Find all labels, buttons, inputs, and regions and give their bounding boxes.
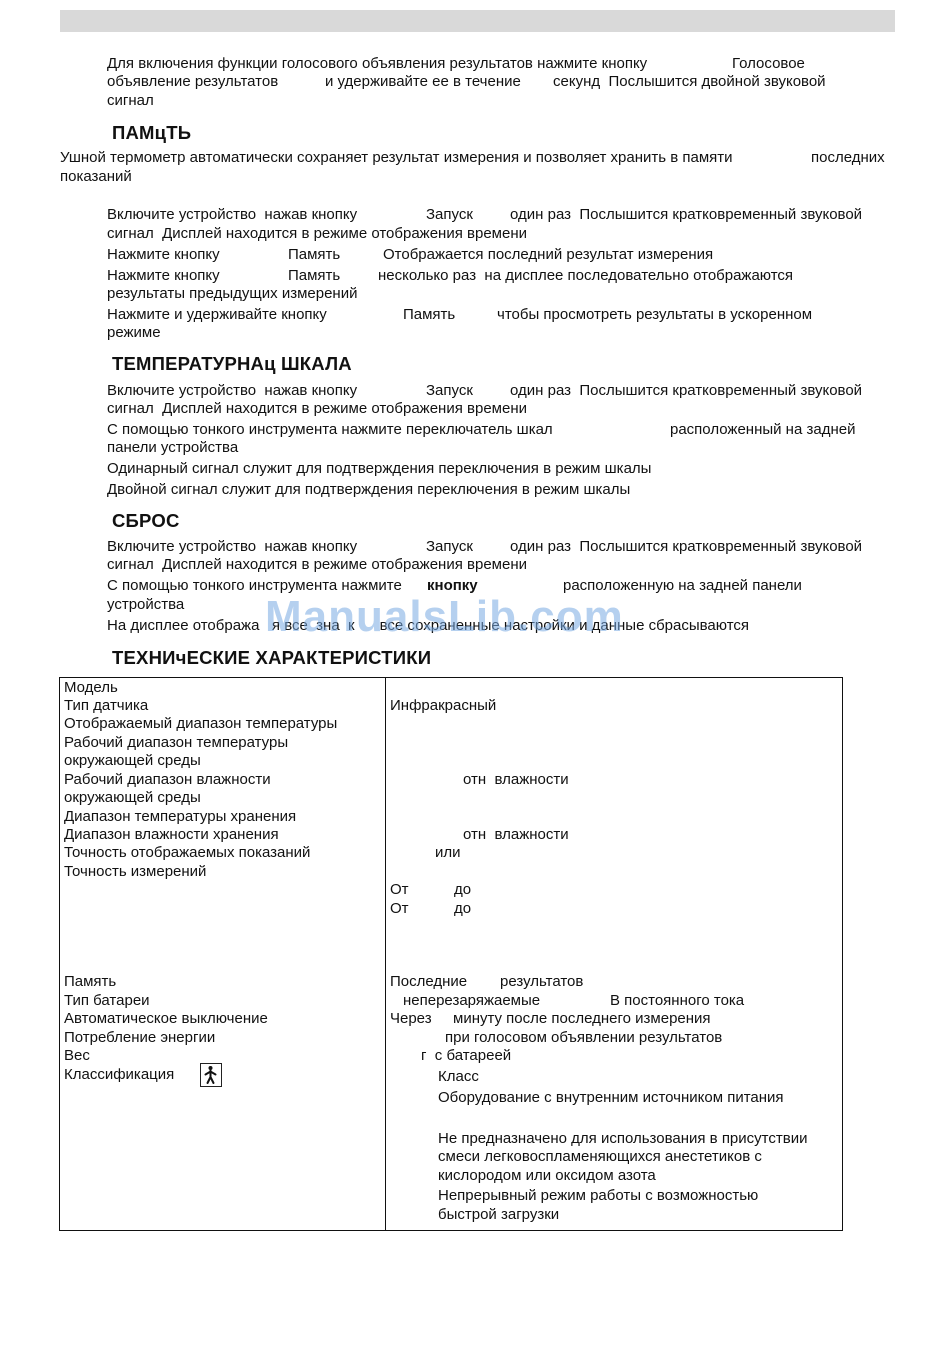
spec-value: От (390, 900, 409, 918)
section-heading-specs: ТЕХНИчЕСКИЕ ХАРАКТЕРИСТИКИ (112, 647, 431, 669)
memory-desc: Ушной термометр автоматически сохраняет … (60, 149, 733, 167)
memory-step: Отображается последний результат измерен… (383, 246, 713, 264)
spec-value: г с батареей (421, 1047, 511, 1065)
memory-step: чтобы просмотреть результаты в ускоренно… (497, 306, 812, 324)
memory-step: режиме (107, 324, 161, 342)
spec-value: результатов (500, 973, 583, 991)
intro-text: и удерживайте ее в течение (325, 73, 521, 91)
spec-label: Автоматическое выключение (64, 1010, 268, 1028)
spec-label: Рабочий диапазон температуры (64, 734, 288, 752)
spec-label: Точность измерений (64, 863, 206, 881)
spec-value: Непрерывный режим работы с возможностью (438, 1187, 758, 1205)
intro-text: объявление результатов (107, 73, 278, 91)
spec-label: Диапазон температуры хранения (64, 808, 296, 826)
spec-value: при голосовом объявлении результатов (445, 1029, 722, 1047)
spec-value: кислородом или оксидом азота (438, 1167, 656, 1185)
scale-step: панели устройства (107, 439, 238, 457)
memory-step: один раз Послышится кратковременный звук… (510, 206, 862, 224)
spec-value: Класс (438, 1068, 479, 1086)
memory-step: Память (403, 306, 455, 324)
spec-label: Потребление энергии (64, 1029, 215, 1047)
type-bf-body-icon (200, 1063, 222, 1087)
spec-value: быстрой загрузки (438, 1206, 559, 1224)
spec-label: Вес (64, 1047, 90, 1065)
spec-label: Классификация (64, 1066, 174, 1084)
section-heading-reset: СБРОС (112, 510, 180, 532)
scale-step: Двойной сигнал служит для подтверждения … (107, 481, 630, 499)
spec-value: отн влажности (463, 826, 569, 844)
intro-text: Голосовое (732, 55, 805, 73)
spec-value: В постоянного тока (610, 992, 744, 1010)
spec-label: окружающей среды (64, 752, 201, 770)
spec-value: смеси легковоспламеняющихся анестетиков … (438, 1148, 762, 1166)
spec-value: минуту после последнего измерения (453, 1010, 711, 1028)
memory-step: Нажмите кнопку (107, 267, 220, 285)
scale-step: один раз Послышится кратковременный звук… (510, 382, 862, 400)
memory-step: несколько раз на дисплее последовательно… (378, 267, 793, 285)
spec-value: Через (390, 1010, 432, 1028)
spec-label: Память (64, 973, 116, 991)
scale-step: С помощью тонкого инструмента нажмите пе… (107, 421, 553, 439)
spec-value: или (435, 844, 461, 862)
table-divider (385, 677, 386, 1230)
spec-value: отн влажности (463, 771, 569, 789)
memory-step: Память (288, 267, 340, 285)
reset-step: сигнал Дисплей находится в режиме отобра… (107, 556, 527, 574)
memory-desc: показаний (60, 168, 132, 186)
spec-value: Не предназначено для использования в при… (438, 1130, 807, 1148)
memory-step: Память (288, 246, 340, 264)
intro-text: сигнал (107, 92, 154, 110)
spec-label: окружающей среды (64, 789, 201, 807)
memory-desc: последних (811, 149, 885, 167)
spec-value: Оборудование с внутренним источником пит… (438, 1089, 784, 1107)
memory-step: Нажмите и удерживайте кнопку (107, 306, 327, 324)
spec-label: Отображаемый диапазон температуры (64, 715, 337, 733)
spec-label: Тип датчика (64, 697, 148, 715)
spec-label: Диапазон влажности хранения (64, 826, 279, 844)
scale-step: Одинарный сигнал служит для подтверждени… (107, 460, 651, 478)
reset-step: один раз Послышится кратковременный звук… (510, 538, 862, 556)
scale-step: расположенный на задней (670, 421, 855, 439)
spec-label: Тип батареи (64, 992, 150, 1010)
scale-step: сигнал Дисплей находится в режиме отобра… (107, 400, 527, 418)
spec-value: Инфракрасный (390, 697, 496, 715)
spec-label: Рабочий диапазон влажности (64, 771, 271, 789)
scale-step: Запуск (426, 382, 473, 400)
scale-step: Включите устройство нажав кнопку (107, 382, 357, 400)
spec-value: до (454, 900, 471, 918)
memory-step: сигнал Дисплей находится в режиме отобра… (107, 225, 527, 243)
reset-step: устройства (107, 596, 184, 614)
spec-label: Модель (64, 679, 118, 697)
person-icon (201, 1064, 220, 1085)
memory-step: Нажмите кнопку (107, 246, 220, 264)
section-heading-scale: ТЕМПЕРАТУРНАц ШКАЛА (112, 353, 352, 375)
reset-step: Запуск (426, 538, 473, 556)
spec-value: От (390, 881, 409, 899)
memory-step: Включите устройство нажав кнопку (107, 206, 357, 224)
intro-text: Для включения функции голосового объявле… (107, 55, 647, 73)
memory-step: Запуск (426, 206, 473, 224)
spec-label: Точность отображаемых показаний (64, 844, 310, 862)
watermark: ManualsLib.com (265, 592, 624, 642)
spec-value: неперезаряжаемые (403, 992, 540, 1010)
section-heading-memory: ПАМцТЬ (112, 122, 191, 144)
intro-text: секунд Послышится двойной звуковой (553, 73, 826, 91)
memory-step: результаты предыдущих измерений (107, 285, 357, 303)
page-header-bar (60, 10, 895, 32)
reset-step: Включите устройство нажав кнопку (107, 538, 357, 556)
spec-value: до (454, 881, 471, 899)
spec-value: Последние (390, 973, 467, 991)
